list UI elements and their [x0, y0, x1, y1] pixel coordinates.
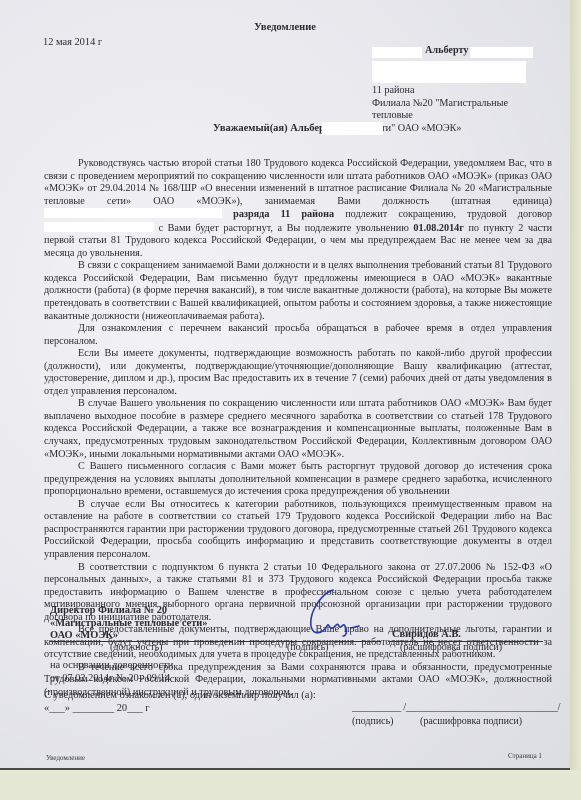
authority-line: на основании доверенности — [50, 660, 173, 673]
recipient-line: 11 района — [372, 85, 542, 98]
acknowledgement-date-field: «___» ________ 20___ г — [44, 703, 150, 714]
recipient-address: 11 района Филиала №20 "Магистральные теп… — [372, 85, 542, 135]
caption-position: (должность) — [110, 642, 163, 653]
scan-edge — [570, 0, 581, 800]
position-line: «Магистральные тепловые сети» — [50, 618, 207, 631]
paragraph-4: Если Вы имеете документы, подтверждающие… — [44, 348, 552, 398]
redaction-box — [372, 47, 422, 58]
signatory-position: Директор Филиала № 20 «Магистральные теп… — [50, 605, 207, 643]
document-date: 12 мая 2014 г — [43, 37, 102, 48]
authority-note: на основании доверенности от 07.02.2014г… — [50, 660, 173, 685]
salutation: Уважаемый(ая) Альберт — [213, 123, 330, 134]
paragraph-1: Руководствуясь частью второй статьи 180 … — [44, 158, 552, 260]
footer-page-number: Страница 1 — [508, 752, 542, 760]
footer-left: Уведомление — [46, 754, 85, 762]
ack-caption-name: (расшифровка подписи) — [420, 716, 522, 727]
acknowledgement-signature-line: __________ /____________________________… — [352, 702, 560, 713]
signatory-name: Свиридов А.В. — [392, 629, 461, 640]
paragraph-6: С Вашего письменного согласия с Вами мож… — [44, 461, 552, 499]
caption-name: (расшифровка подписи) — [400, 642, 502, 653]
caption-signature: (подпись) — [287, 642, 329, 653]
paragraph-text: Руководствуясь частью второй статьи 180 … — [44, 158, 552, 207]
document-title: Уведомление — [0, 22, 570, 33]
recipient-line: Филиала №20 "Магистральные тепловые — [372, 98, 542, 123]
paragraph-7: В случае если Вы относитесь к категории … — [44, 499, 552, 562]
paragraph-2: В связи с сокращением занимаемой Вами до… — [44, 260, 552, 323]
authority-line: от 07.02.2014г № 20– 09/14 — [50, 673, 173, 686]
handwritten-signature-icon — [303, 586, 393, 641]
acknowledgement-text: С уведомлением ознакомлен (а), один экзе… — [44, 690, 316, 701]
scan-background — [0, 770, 581, 800]
position-line: Директор Филиала № 20 — [50, 605, 207, 618]
redaction-box — [44, 222, 154, 232]
recipient-name: Альберту — [425, 45, 468, 56]
paragraph-text: подлежит сокращению, трудовой договор — [345, 209, 552, 220]
redaction-box — [470, 47, 533, 58]
redaction-box — [44, 208, 222, 218]
recipient-line: сети" ОАО «МОЭК» — [372, 123, 542, 136]
redaction-box — [372, 61, 526, 83]
paragraph-5: В случае Вашего увольнения по сокращению… — [44, 398, 552, 461]
redaction-box — [322, 122, 383, 135]
paragraph-text: с Вами будет расторгнут, а Вы подлежите … — [159, 223, 409, 234]
scanned-page: Уведомление 12 мая 2014 г Альберту 11 ра… — [0, 0, 570, 770]
ack-caption-signature: (подпись) — [352, 716, 394, 727]
paragraph-3: Для ознакомления с перечнем вакансий про… — [44, 323, 552, 348]
dismissal-date: 01.08.2014г — [413, 223, 463, 234]
bold-text: разряда 11 района — [233, 209, 334, 220]
